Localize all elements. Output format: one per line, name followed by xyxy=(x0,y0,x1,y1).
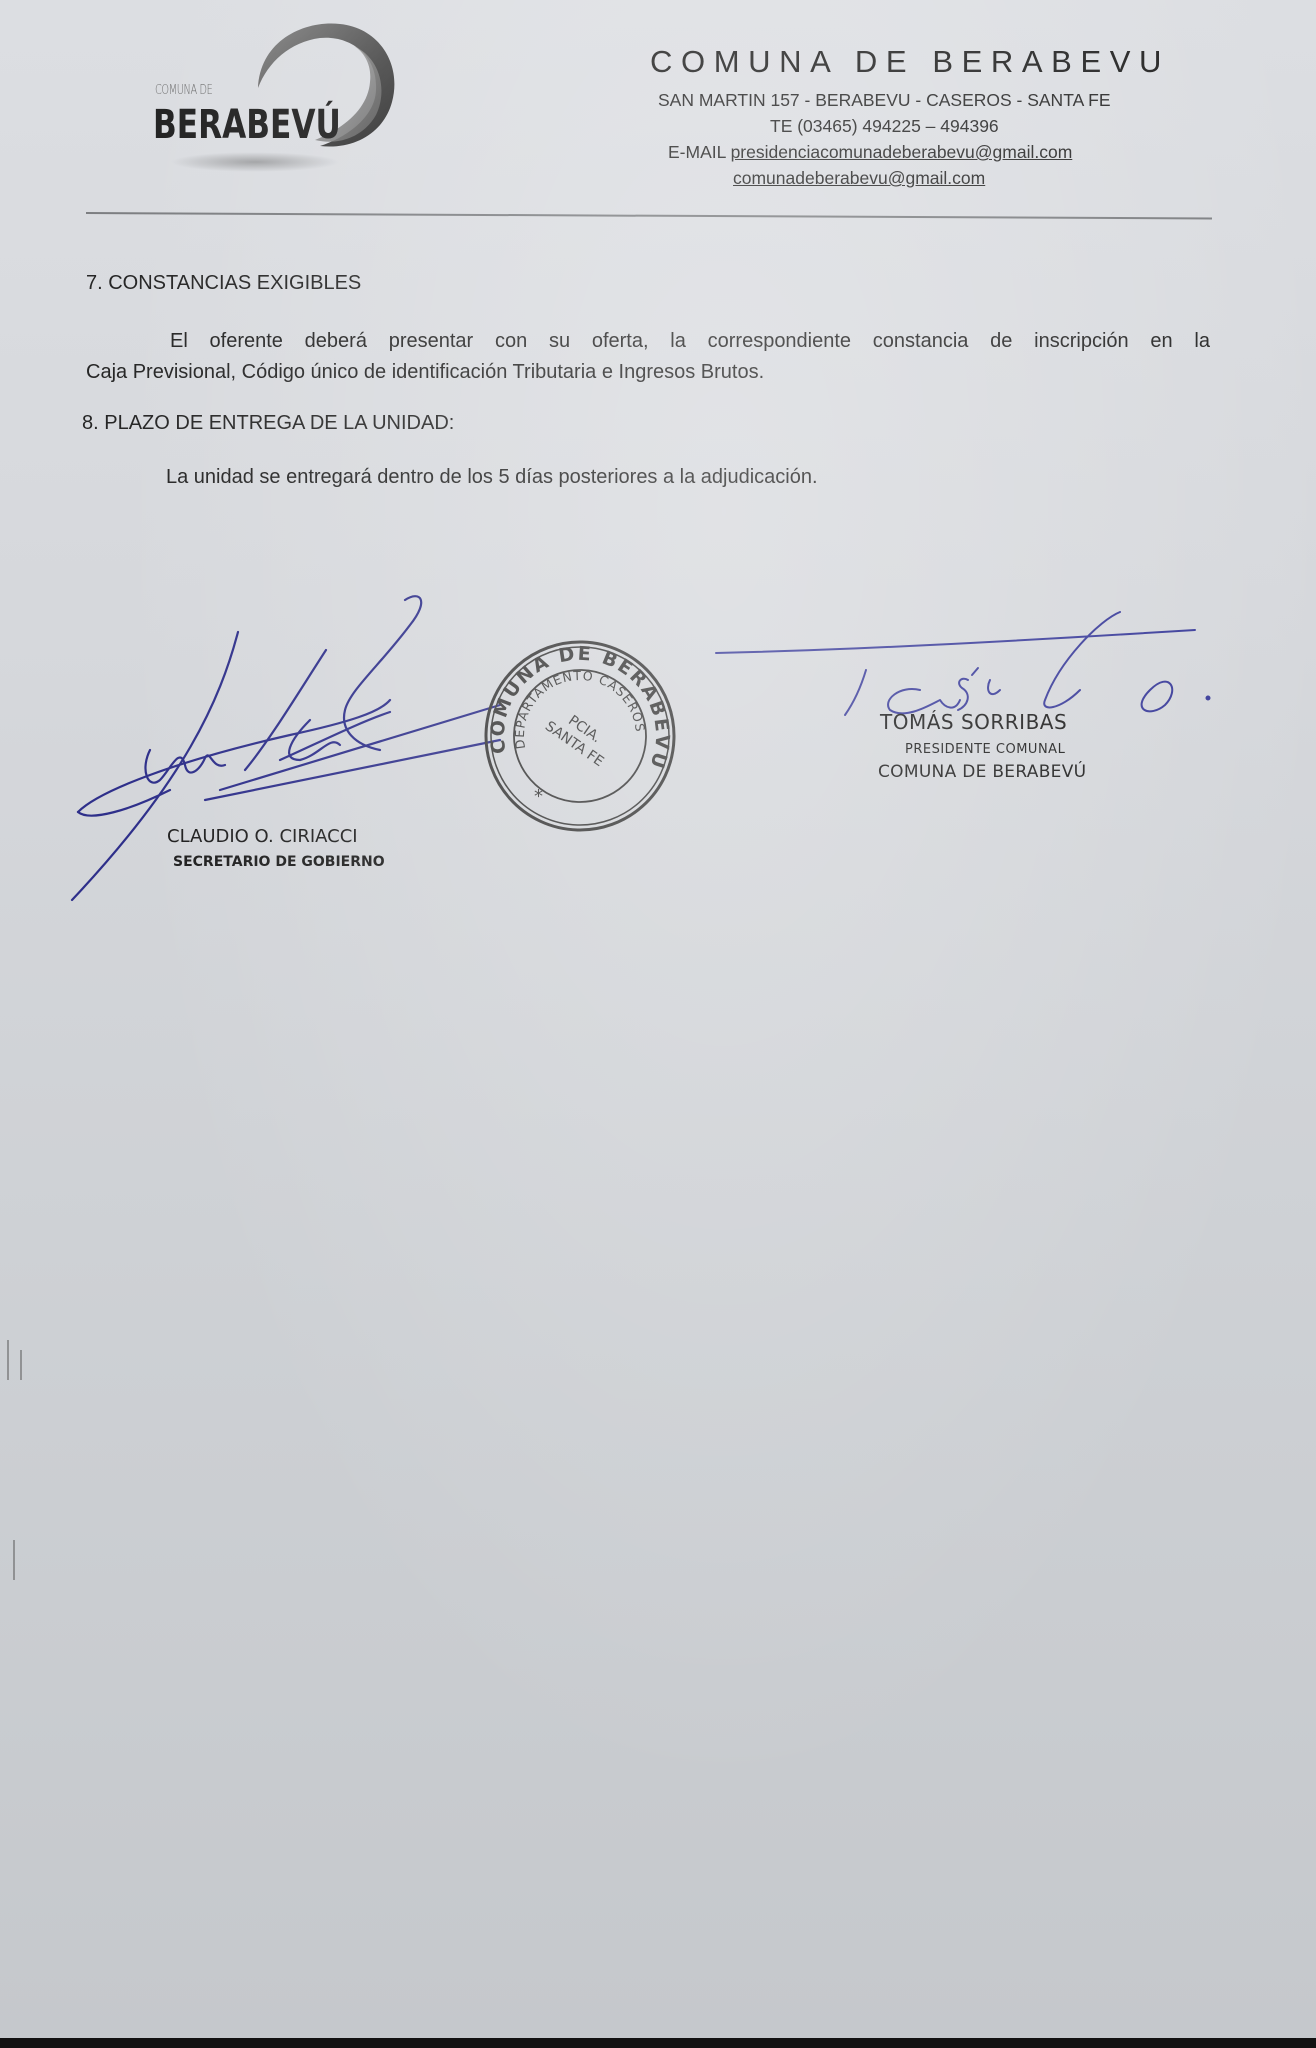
left-signer-title: SECRETARIO DE GOBIERNO xyxy=(173,854,385,870)
scan-speck xyxy=(13,1540,15,1580)
scan-speck xyxy=(20,1350,22,1380)
stamp-star-icon: * xyxy=(534,786,543,807)
right-signature-icon xyxy=(716,612,1210,715)
scan-speck xyxy=(7,1340,9,1380)
scan-bottom-edge xyxy=(0,2038,1316,2048)
document-page: COMUNA DE BERABEVÚ COMUNA DE BERABEVU SA… xyxy=(0,0,1316,2044)
signature-strokes xyxy=(0,0,1316,1000)
official-stamp: COMUNA DE BERABEVU DEPARTAMENTO CASEROS … xyxy=(480,636,680,836)
left-signer-name: CLAUDIO O. CIRIACCI xyxy=(167,826,358,847)
right-signer-organization: COMUNA DE BERABEVÚ xyxy=(878,762,1086,782)
right-signer-title: PRESIDENTE COMUNAL xyxy=(905,742,1065,757)
right-signer-name: TOMÁS SORRIBAS xyxy=(880,710,1067,734)
